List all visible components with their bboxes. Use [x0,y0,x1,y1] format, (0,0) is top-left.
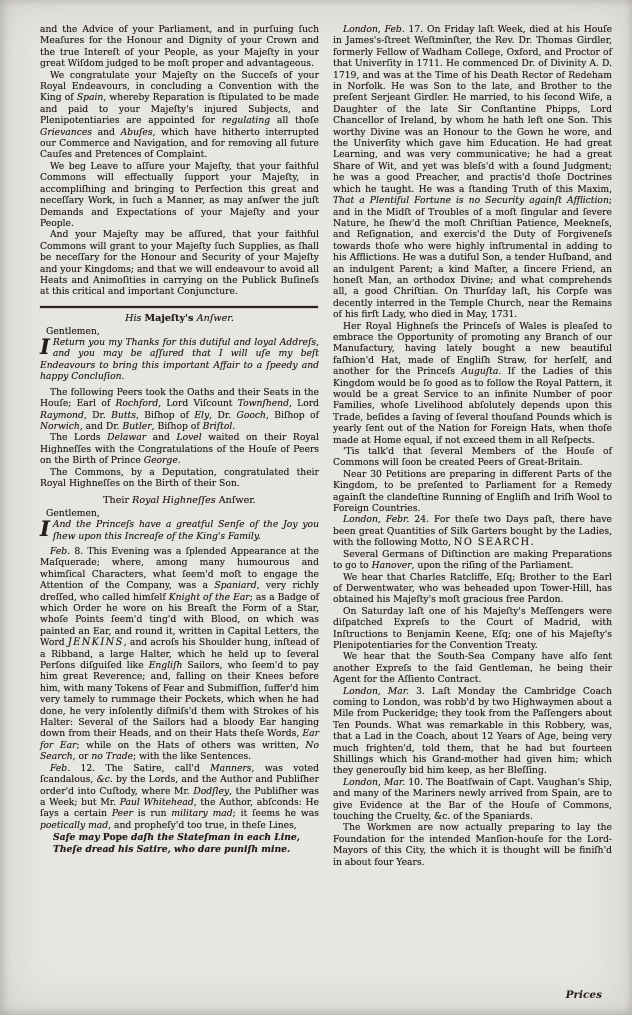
text-segment: , Biſhop of [266,410,319,421]
text-segment: Anſwer. [216,495,256,506]
text-segment: Gentlemen, [46,508,100,519]
text-segment: Theſe dread his Satire, who dare puniſh … [53,844,290,855]
paragraph: The Commons, by a Deputation, congratula… [40,467,319,490]
text-segment: , and Dr. [80,421,123,432]
text-segment: Majeſty's [145,313,197,324]
text-segment: , and propheſy'd too true, in theſe Line… [108,820,297,831]
paragraph: London, Mar. 10. The Boatſwain of Capt. … [333,777,612,823]
text-segment: is run [133,808,172,819]
text-segment: We beg Leave to aſſure your Majeſty, tha… [40,161,319,229]
text-segment: ; and in the Midſt of Troubles of a moſt… [333,195,612,320]
paragraph: London, Feb. 17. On Friday laſt Week, di… [333,24,612,321]
section-heading: His Majeſty's Anſwer. [40,313,319,324]
text-segment: Mar. [384,777,405,788]
text-segment: The Lords [50,432,107,443]
text-segment: 17. On Friday laſt Week, died at his Hou… [333,24,612,195]
text-segment: ; while on the Hats of others was writte… [76,740,305,751]
text-segment: , or [73,751,92,762]
text-segment: all thoſe [270,115,319,126]
text-segment: and the Advice of your Parliament, and i… [40,24,319,69]
text-segment: And your Majeſty may be aſſured, that yo… [40,229,319,297]
text-segment: The Commons, by a Deputation, congratula… [40,467,319,489]
text-segment: Febr. [386,514,410,525]
text-segment: Knight of the Ear [169,592,250,603]
paragraph: And your Majeſty may be aſſured, that yo… [40,229,319,297]
text-segment: Return you my Thanks for this dutiful an… [40,337,319,382]
left-column: and the Advice of your Parliament, and i… [40,24,319,868]
text-segment: Butler [122,421,151,432]
text-segment: Raymond [40,410,84,421]
verse-line: Theſe dread his Satire, who dare puniſh … [53,844,319,855]
paragraph: 'Tis talk'd that ſeveral Members of the … [333,446,612,469]
text-segment: 3. Laſt Monday the Cambridge Coach comin… [333,686,612,777]
salutation: Gentlemen, [40,326,319,337]
text-segment: Norwich [40,421,80,432]
text-segment: London [343,777,378,788]
text-segment: Auguſta [461,366,498,377]
text-segment: On Saturday laſt one of his Majeſty's Me… [333,606,612,651]
verse-line: Safe may Pope daſh the Stateſman in each… [53,832,319,843]
text-segment: Townſhend [238,398,289,409]
text-segment: Anſwer. [197,313,234,324]
drop-cap: I [40,520,50,538]
text-segment: That a Plentiful Fortune is no Security … [333,195,609,206]
text-segment: , Lord Viſcount [158,398,237,409]
text-segment: Briſtol [203,421,233,432]
text-segment: Grievances [40,127,92,138]
text-segment: Sailors, who ſeem'd to pay him great Rev… [40,660,319,739]
text-segment: . [178,455,181,466]
text-segment: Spain [77,92,104,103]
text-segment: We hear that the South-Sea Company have … [333,651,612,685]
text-segment: Dodſley [193,786,229,797]
paragraph: The following Peers took the Oaths and t… [40,387,319,433]
text-segment: JENKINS [68,637,124,648]
paragraph: On Saturday laſt one of his Majeſty's Me… [333,606,612,652]
text-segment: Safe may [53,832,103,843]
text-segment: The Workmen are now actually preparing t… [333,822,612,867]
text-segment: Delawar [107,432,146,443]
text-segment: , upon the riſing of the Parliament. [412,560,574,571]
paragraph: The Lords Delawar and Lovel waited on th… [40,432,319,466]
section-heading: Their Royal Highneſſes Anſwer. [40,495,319,506]
text-segment: George [144,455,178,466]
text-segment: Mar. [388,686,409,697]
paragraph: The Workmen are now actually preparing t… [333,822,612,868]
text-segment: London [343,514,378,525]
drop-cap: I [40,338,50,356]
paragraph: London, Febr. 24. For theſe two Days paſ… [333,514,612,548]
text-segment: His [125,313,144,324]
text-segment: Hanover [372,560,412,571]
text-segment: Rochford [115,398,158,409]
text-segment: and [146,432,176,443]
paragraph: and the Advice of your Parliament, and i… [40,24,319,70]
text-segment: . If the Ladies of this Kingdom would be… [333,366,612,445]
text-segment: no Trade [91,751,133,762]
text-segment: Paul Whitehead [120,797,194,808]
paragraph: IAnd the Princeſs have a greatful Senſe … [40,519,319,542]
text-segment: And the Princeſs have a greatful Senſe o… [53,519,319,541]
text-segment: NO SEARCH. [454,537,535,548]
text-segment: Their [103,495,132,506]
text-segment: military mad [171,808,232,819]
text-segment: London [343,686,378,697]
text-segment: Engliſh [149,660,183,671]
paragraph: Near 30 Petitions are preparing in diffe… [333,469,612,515]
paragraph: We beg Leave to aſſure your Majeſty, tha… [40,161,319,229]
text-segment: Ely [194,410,209,421]
text-segment: daſh the Stateſman in each Line, [128,832,300,843]
text-segment: Butts [111,410,136,421]
right-column: London, Feb. 17. On Friday laſt Week, di… [333,24,612,868]
text-segment: and [92,127,121,138]
text-segment: Peer [112,808,133,819]
catchword: Prices [566,989,602,1001]
paragraph: Feb. 12. The Satire, call'd Manners, was… [40,763,319,831]
paragraph: Feb. 8. This Evening was a ſplended Appe… [40,546,319,763]
text-segment: &c. [97,774,113,785]
text-segment: , Dr. [84,410,111,421]
text-segment: Feb. [50,546,70,557]
text-segment: Manners [210,763,251,774]
text-segment: London [343,24,378,35]
text-segment: , Biſhop of [136,410,194,421]
paragraph: We congratulate your Majeſty on the Succ… [40,70,319,161]
paragraph: We hear that the South-Sea Company have … [333,651,612,685]
paragraph: Her Royal Highneſs the Princeſs of Wales… [333,321,612,446]
magazine-page-scan: and the Advice of your Parliament, and i… [0,0,632,1015]
text-segment: , Biſhop of [152,421,203,432]
text-segment: , Dr. [209,410,236,421]
paragraph: Several Germans of Diſtinction are makin… [333,549,612,572]
paragraph: London, Mar. 3. Laſt Monday the Cambridg… [333,686,612,777]
text-segment: Lovel [176,432,201,443]
text-segment: , [378,514,386,525]
text-segment: Near 30 Petitions are preparing in diffe… [333,469,612,514]
text-segment: Gentlemen, [46,326,100,337]
text-segment: Abuſes [121,127,153,138]
text-segment: Feb. [385,24,405,35]
text-segment: , [378,24,385,35]
text-segment: 12. The Satire, call'd [70,763,210,774]
text-segment: , Lord [289,398,319,409]
text-columns: and the Advice of your Parliament, and i… [0,0,632,874]
text-segment: We hear that Charles Ratcliffe, Eſq; Bro… [333,572,612,606]
paragraph: We hear that Charles Ratcliffe, Eſq; Bro… [333,572,612,606]
salutation: Gentlemen, [40,508,319,519]
text-segment: Royal Highneſſes [132,495,216,506]
text-segment: Gooch [237,410,266,421]
text-segment: Pope [103,832,128,843]
text-segment: . [232,421,235,432]
text-segment: Feb. [50,763,70,774]
text-segment: regulating [222,115,270,126]
paragraph: IReturn you my Thanks for this dutiful a… [40,337,319,383]
text-segment: 'Tis talk'd that ſeveral Members of the … [333,446,612,468]
section-divider-rule [40,306,318,309]
verse-lines: Safe may Pope daſh the Stateſman in each… [53,832,319,855]
text-segment: ; with the like Sentences. [133,751,251,762]
text-segment: Spaniard [214,580,256,591]
text-segment: , [378,686,388,697]
text-segment: ; it ſeems he was [233,808,319,819]
text-segment: poetically mad [40,820,108,831]
